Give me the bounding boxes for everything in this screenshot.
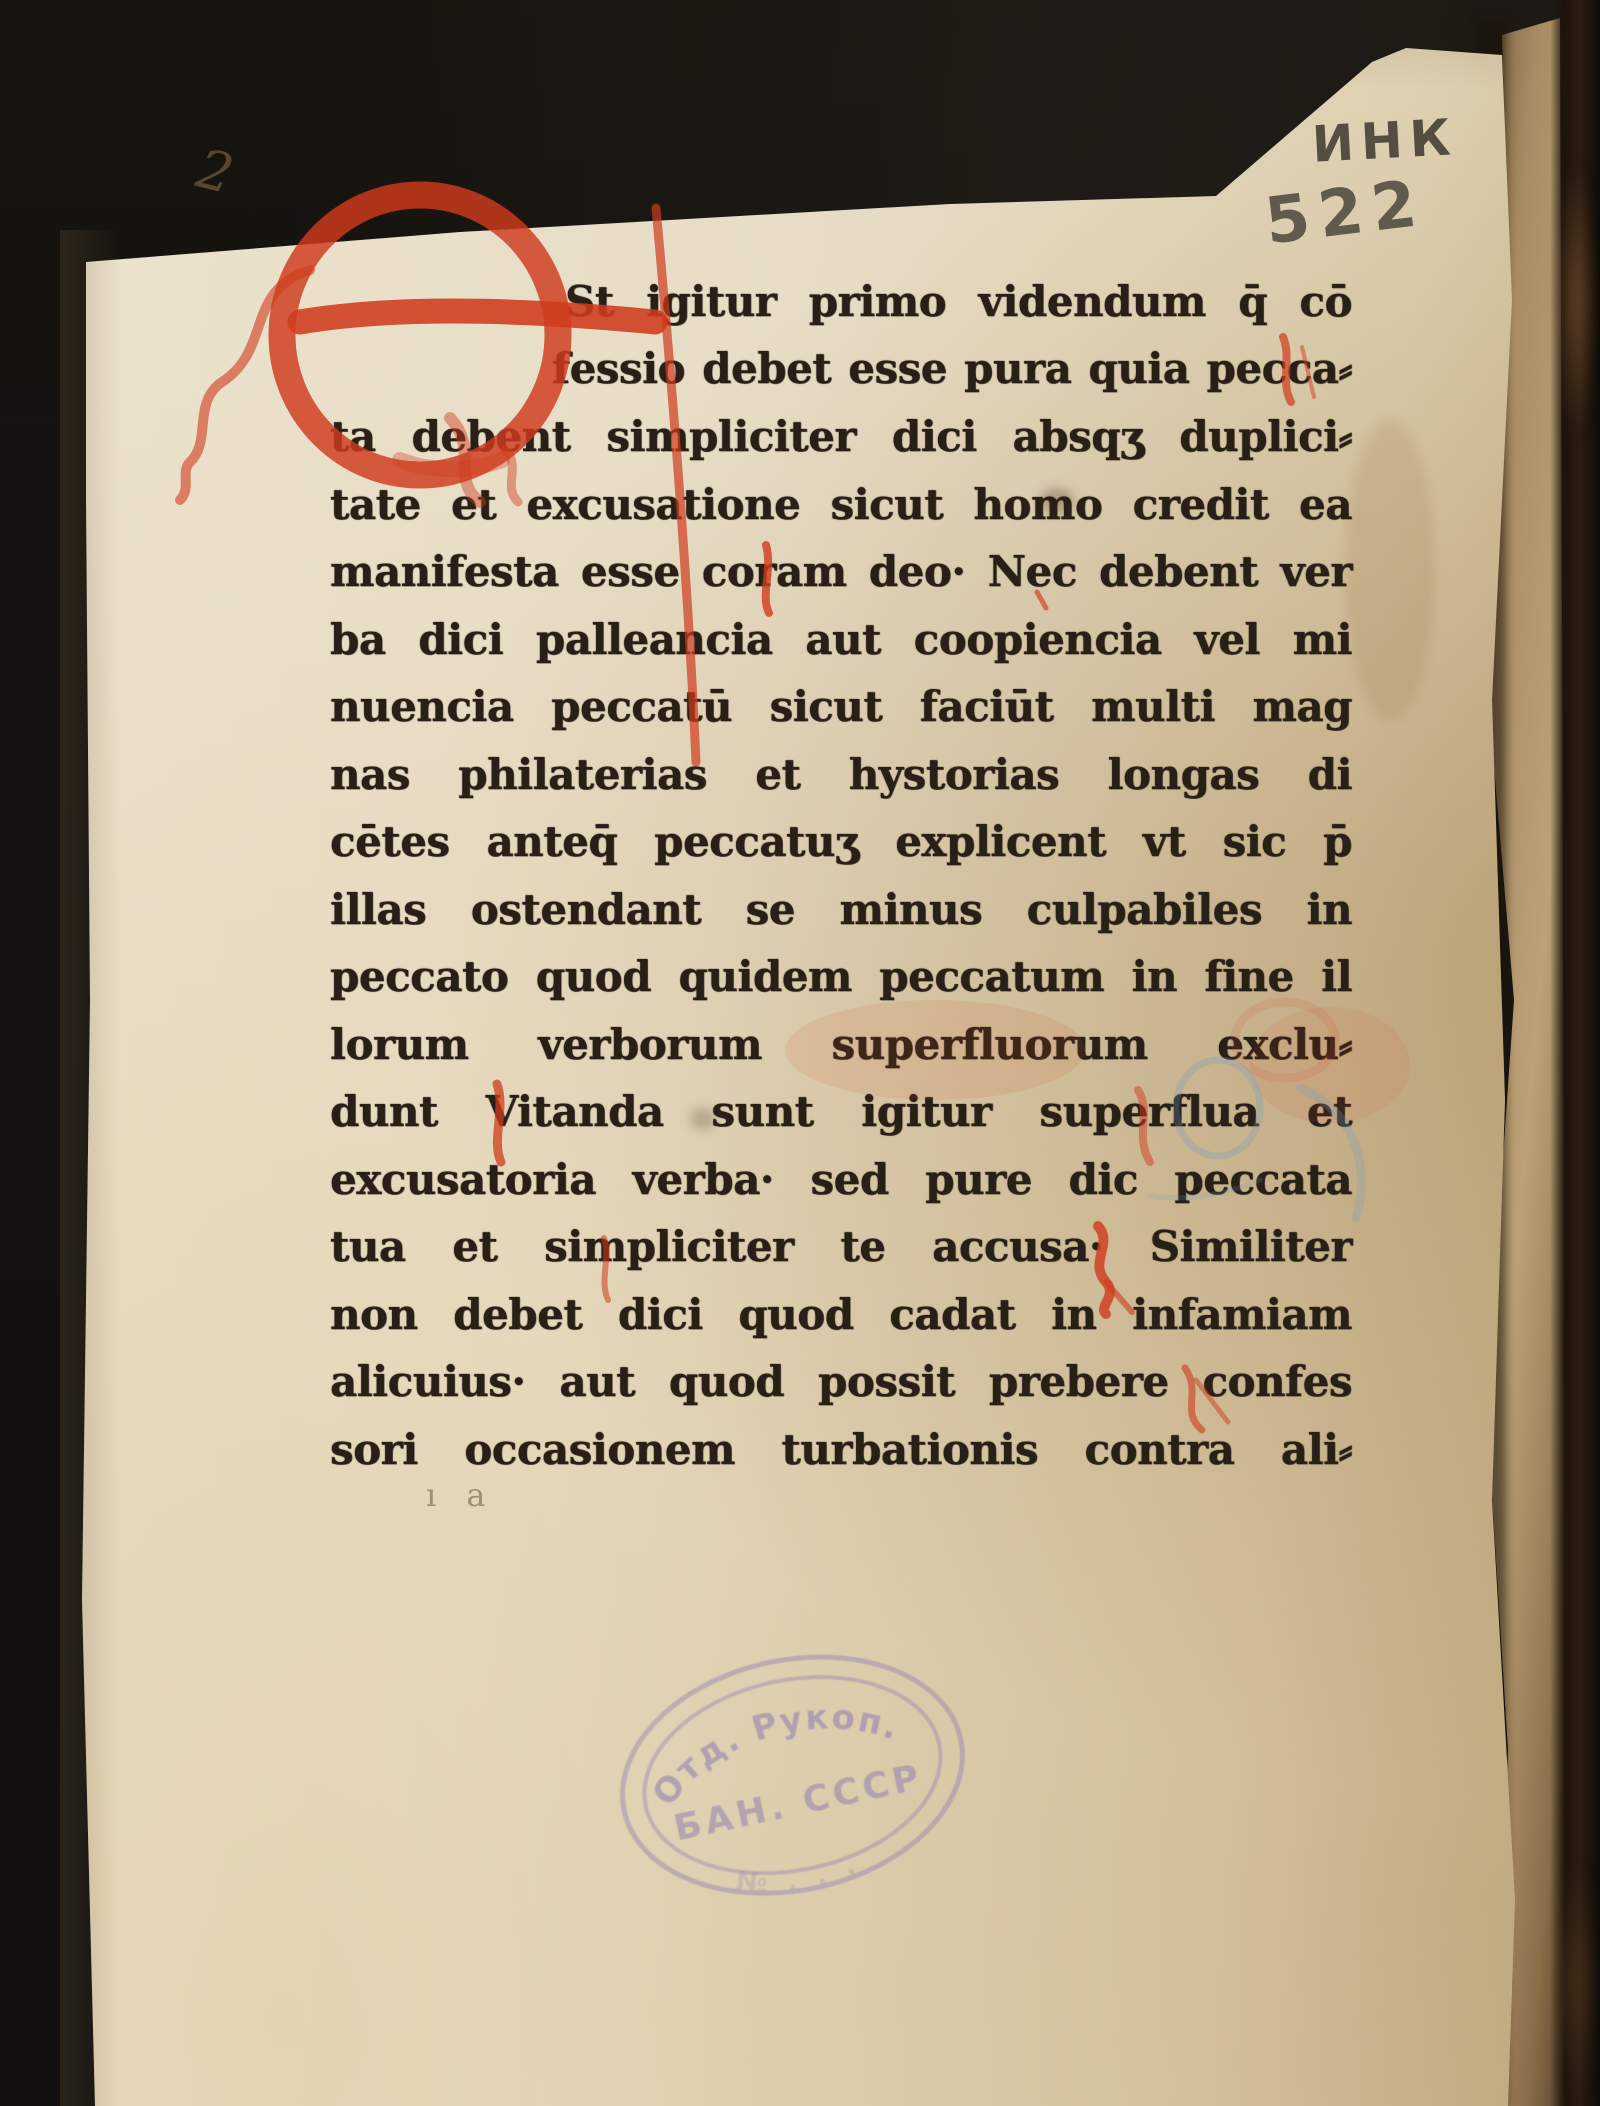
manuscript-photo: St igitur primo videndum q̄ cō fessio de… xyxy=(0,0,1600,2106)
faint-marginal-note: ı a xyxy=(426,1476,495,1514)
svg-text:№ . . .: № . . . xyxy=(729,1841,867,1910)
pencil-shelfmark-abbrev: ИНК xyxy=(1311,108,1459,174)
stamp-bottom-text: № . . . xyxy=(729,1841,867,1910)
